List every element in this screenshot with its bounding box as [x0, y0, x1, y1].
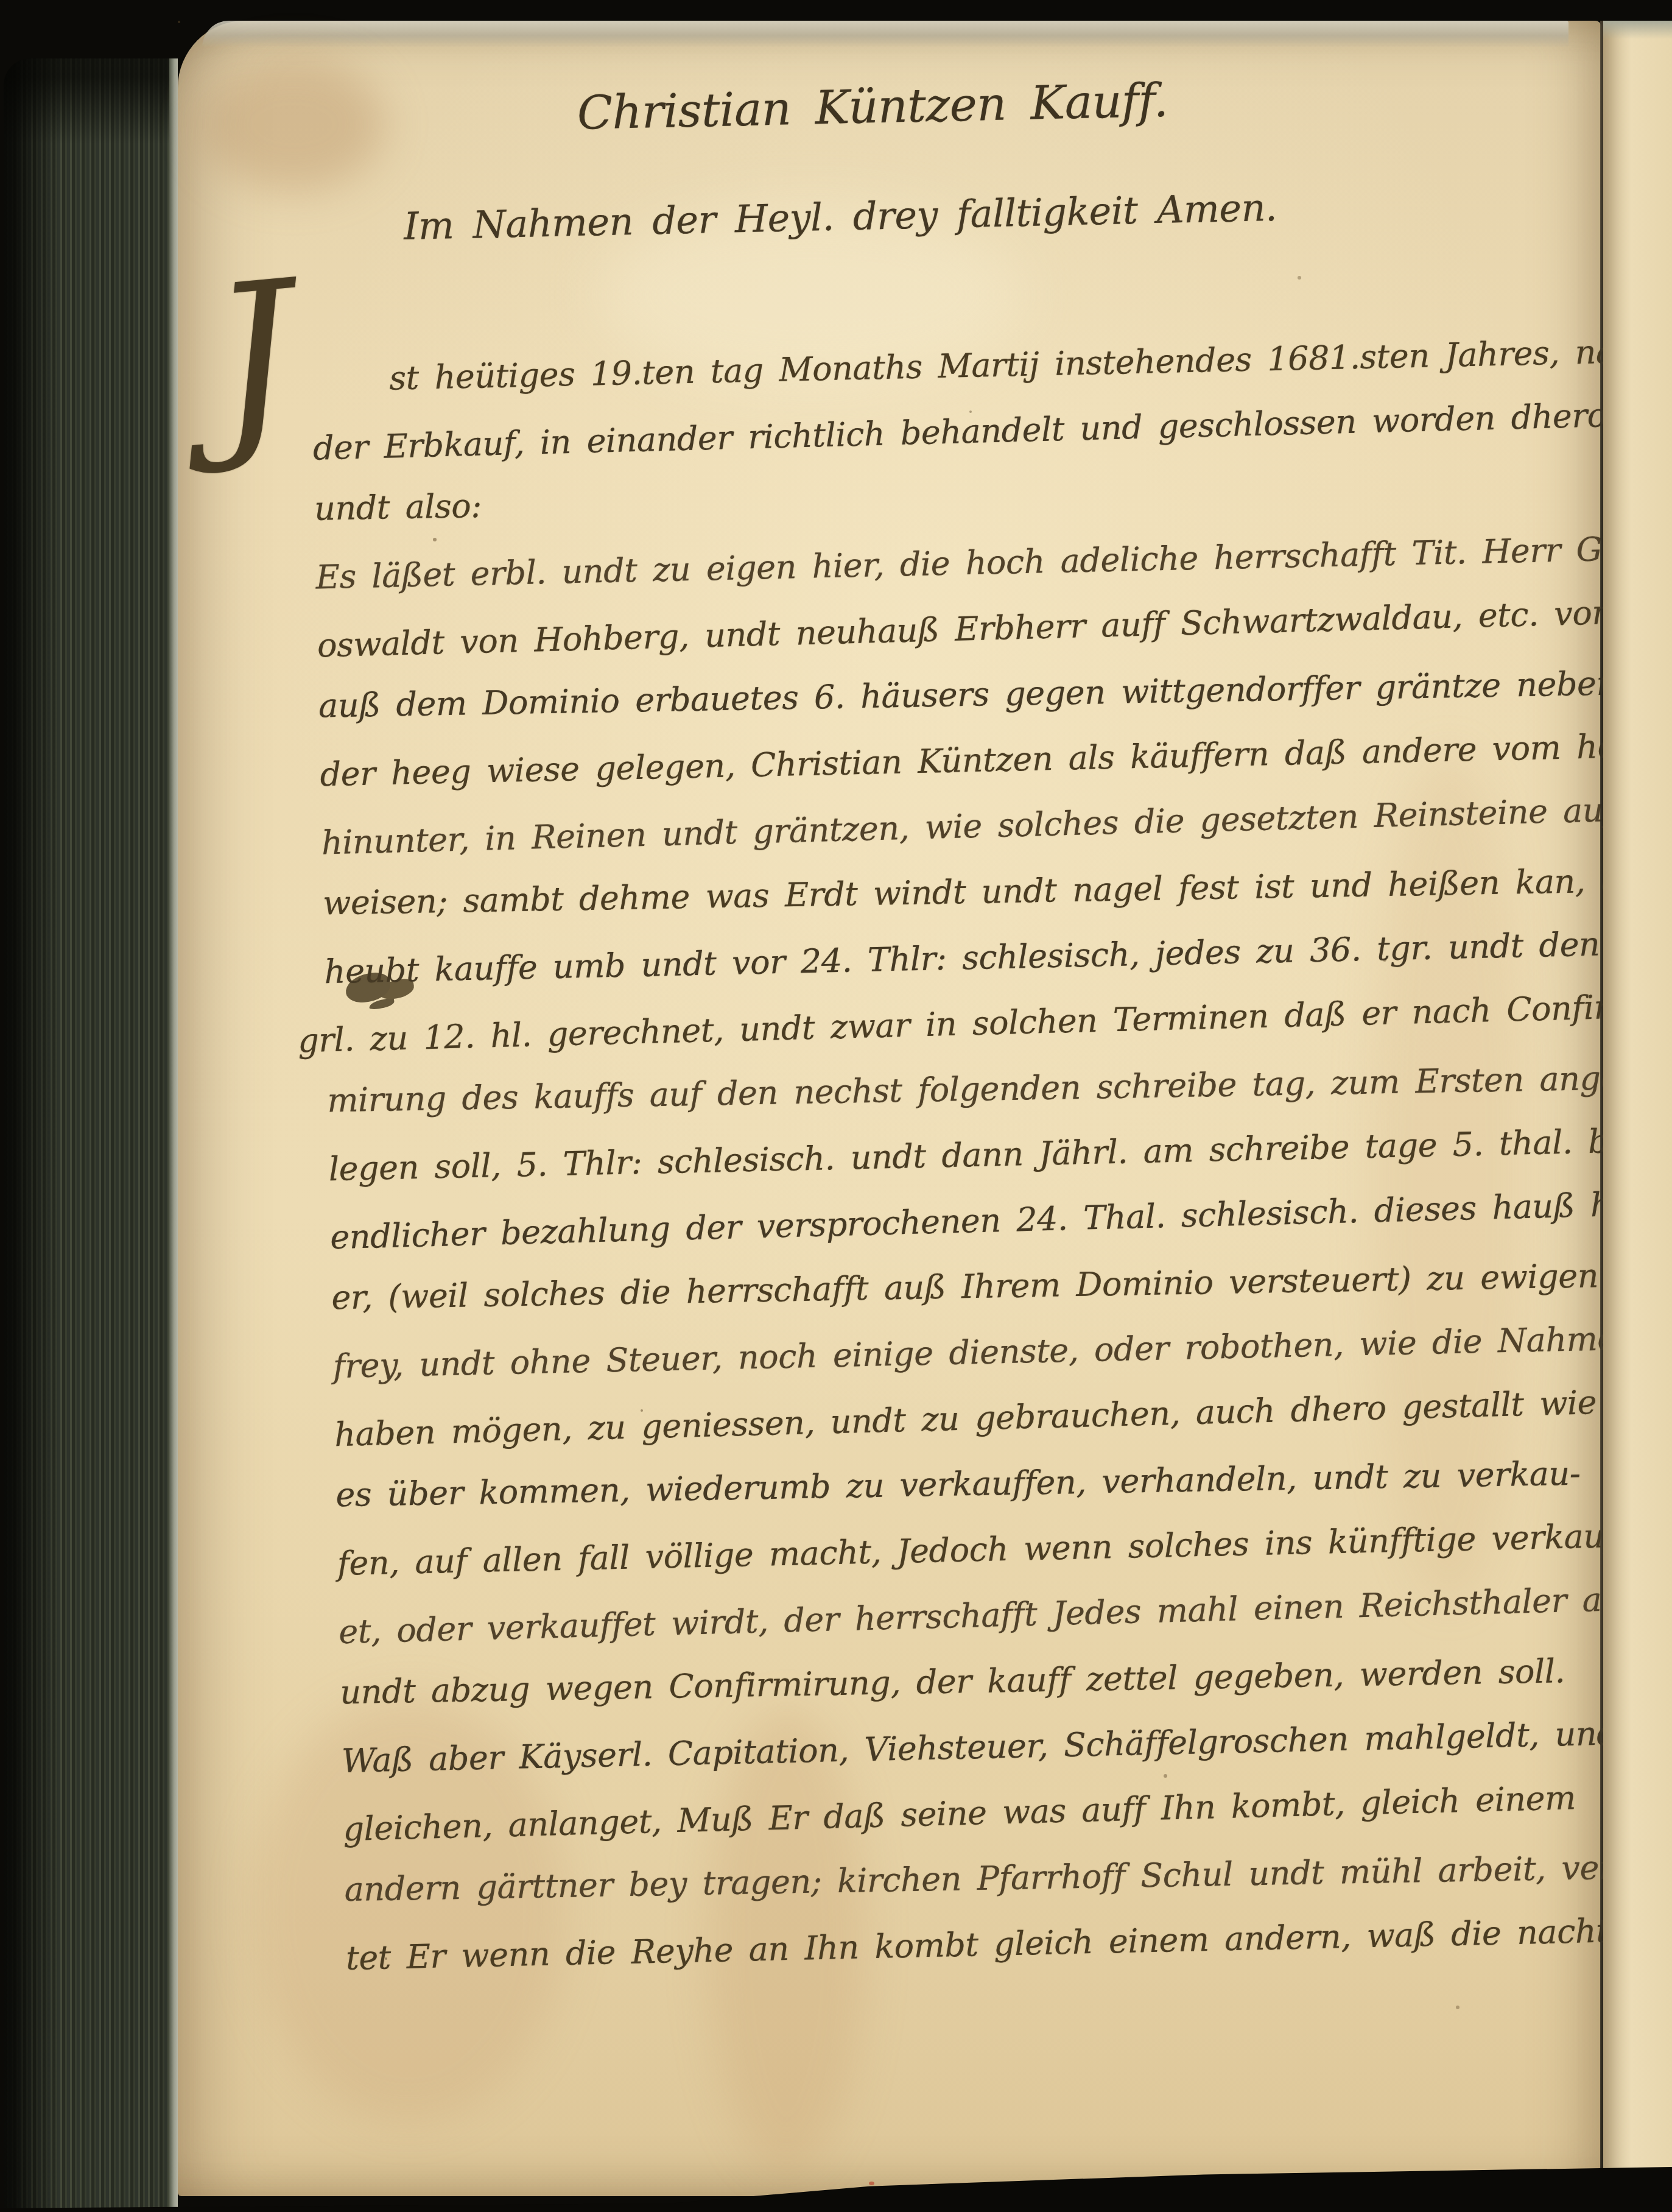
- illuminated-initial: J: [205, 254, 303, 462]
- manuscript-title: Christian Küntzen Kauff.: [160, 64, 1584, 149]
- facing-page-edge: [1603, 21, 1672, 2182]
- paper-specks: [178, 21, 180, 23]
- manuscript-text: Christian Küntzen Kauff. Im Nahmen der H…: [159, 4, 1629, 2210]
- book-page-edge-stack: [4, 58, 178, 2212]
- facing-page-deckle: [1603, 21, 1672, 39]
- book-scan: Christian Küntzen Kauff. Im Nahmen der H…: [0, 0, 1672, 2212]
- manuscript-invocation: Im Nahmen der Heyl. drey falltigkeit Ame…: [403, 185, 1277, 248]
- manuscript-body: st heütiges 19.ten tag Monaths Martij in…: [311, 319, 1672, 1992]
